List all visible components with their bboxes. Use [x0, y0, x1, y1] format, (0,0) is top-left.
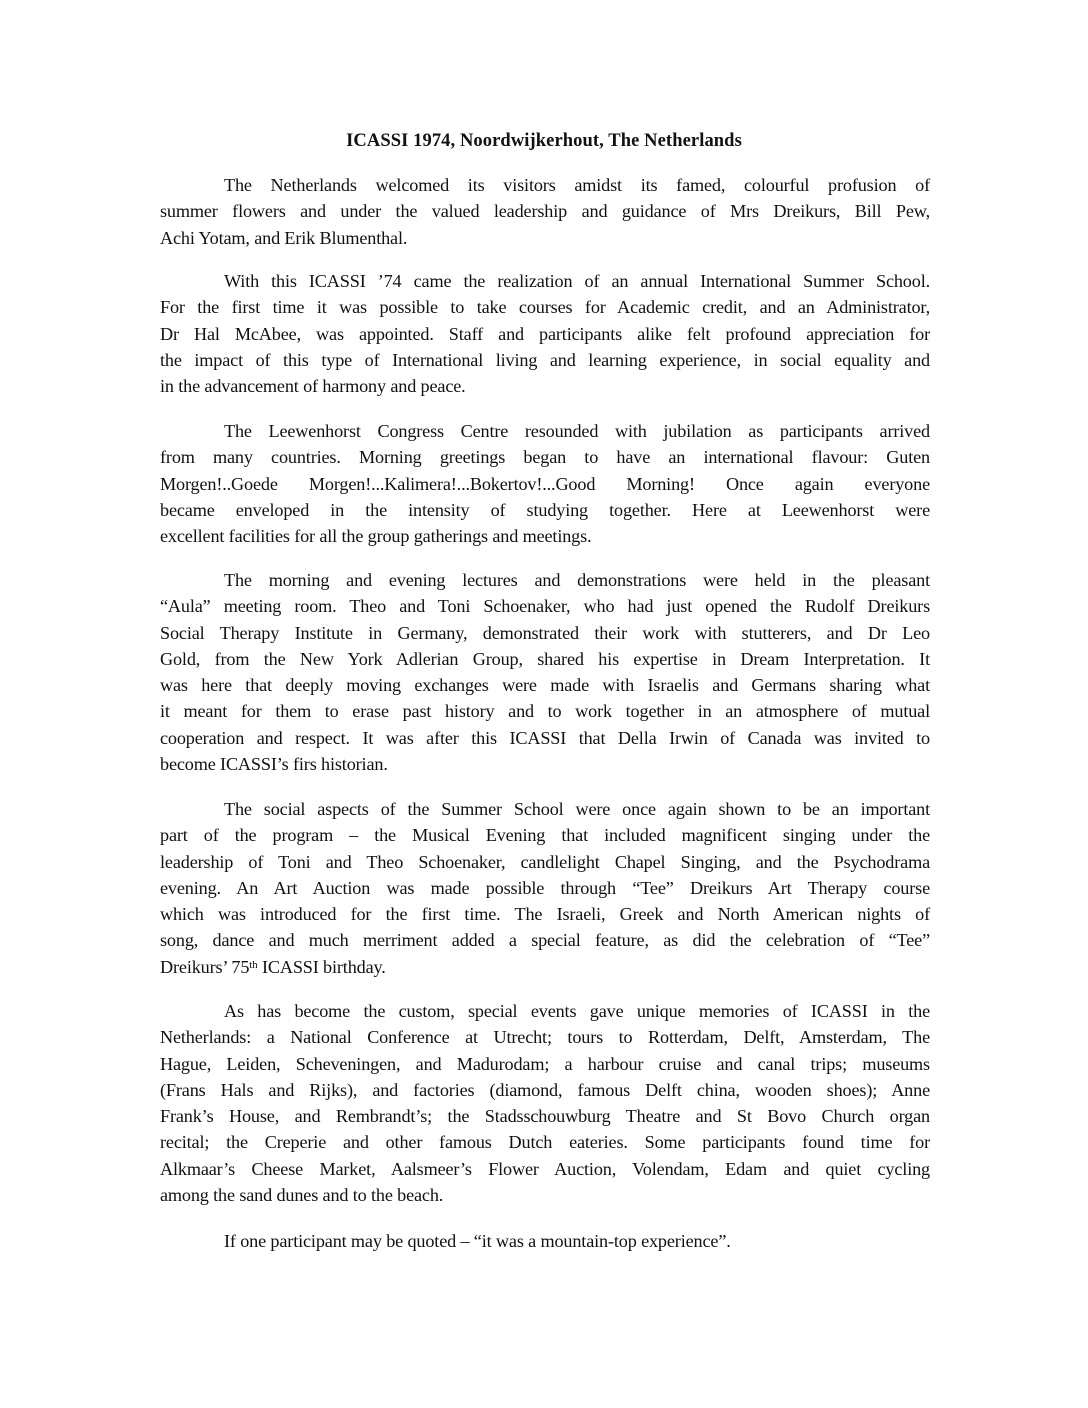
- paragraph-line: Dreikurs’ 75th ICASSI birthday.: [160, 954, 930, 980]
- paragraph-summer-school: With this ICASSI ’74 came the realizatio…: [160, 268, 930, 399]
- paragraph-line: The Leewenhorst Congress Centre resounde…: [160, 418, 930, 444]
- paragraph-line: With this ICASSI ’74 came the realizatio…: [160, 268, 930, 294]
- paragraph-line: song, dance and much merriment added a s…: [160, 927, 930, 953]
- paragraph-line: Netherlands: a National Conference at Ut…: [160, 1024, 930, 1050]
- paragraph-line: in the advancement of harmony and peace.: [160, 373, 930, 399]
- paragraph-line: become ICASSI’s firs historian.: [160, 751, 930, 777]
- paragraph-line: Hague, Leiden, Scheveningen, and Madurod…: [160, 1051, 930, 1077]
- paragraph-line: became enveloped in the intensity of stu…: [160, 497, 930, 523]
- paragraph-closing-quote: If one participant may be quoted – “it w…: [160, 1228, 930, 1254]
- paragraph-line: leadership of Toni and Theo Schoenaker, …: [160, 849, 930, 875]
- paragraph-line: (Frans Hals and Rijks), and factories (d…: [160, 1077, 930, 1103]
- paragraph-welcome: The Netherlands welcomed its visitors am…: [160, 172, 930, 251]
- ordinal-superscript: th: [249, 959, 257, 971]
- paragraph-line: The social aspects of the Summer School …: [160, 796, 930, 822]
- birthday-text-after: ICASSI birthday.: [258, 957, 386, 977]
- paragraph-line: For the first time it was possible to ta…: [160, 294, 930, 320]
- paragraph-line: Achi Yotam, and Erik Blumenthal.: [160, 225, 930, 251]
- page-title: ICASSI 1974, Noordwijkerhout, The Nether…: [0, 129, 1088, 153]
- paragraph-line: it meant for them to erase past history …: [160, 698, 930, 724]
- paragraph-line: Morgen!..Goede Morgen!...Kalimera!...Bok…: [160, 471, 930, 497]
- paragraph-line: the impact of this type of International…: [160, 347, 930, 373]
- paragraph-line: from many countries. Morning greetings b…: [160, 444, 930, 470]
- paragraph-line: among the sand dunes and to the beach.: [160, 1182, 930, 1208]
- paragraph-line: summer flowers and under the valued lead…: [160, 198, 930, 224]
- paragraph-line: “Aula” meeting room. Theo and Toni Schoe…: [160, 593, 930, 619]
- paragraph-social-aspects: The social aspects of the Summer School …: [160, 796, 930, 980]
- paragraph-congress-centre: The Leewenhorst Congress Centre resounde…: [160, 418, 930, 549]
- paragraph-line: was here that deeply moving exchanges we…: [160, 672, 930, 698]
- paragraph-line: evening. An Art Auction was made possibl…: [160, 875, 930, 901]
- paragraph-line: Frank’s House, and Rembrandt’s; the Stad…: [160, 1103, 930, 1129]
- paragraph-line: Alkmaar’s Cheese Market, Aalsmeer’s Flow…: [160, 1156, 930, 1182]
- birthday-text-before: Dreikurs’ 75: [160, 957, 249, 977]
- document-page: ICASSI 1974, Noordwijkerhout, The Nether…: [0, 0, 1088, 1408]
- paragraph-line: The Netherlands welcomed its visitors am…: [160, 172, 930, 198]
- paragraph-line: Social Therapy Institute in Germany, dem…: [160, 620, 930, 646]
- paragraph-line: part of the program – the Musical Evenin…: [160, 822, 930, 848]
- paragraph-line: The morning and evening lectures and dem…: [160, 567, 930, 593]
- paragraph-line: If one participant may be quoted – “it w…: [160, 1228, 930, 1254]
- paragraph-line: As has become the custom, special events…: [160, 998, 930, 1024]
- paragraph-line: recital; the Creperie and other famous D…: [160, 1129, 930, 1155]
- paragraph-lectures: The morning and evening lectures and dem…: [160, 567, 930, 777]
- paragraph-line: cooperation and respect. It was after th…: [160, 725, 930, 751]
- paragraph-special-events: As has become the custom, special events…: [160, 998, 930, 1208]
- paragraph-line: which was introduced for the first time.…: [160, 901, 930, 927]
- paragraph-line: Dr Hal McAbee, was appointed. Staff and …: [160, 321, 930, 347]
- paragraph-line: Gold, from the New York Adlerian Group, …: [160, 646, 930, 672]
- paragraph-line: excellent facilities for all the group g…: [160, 523, 930, 549]
